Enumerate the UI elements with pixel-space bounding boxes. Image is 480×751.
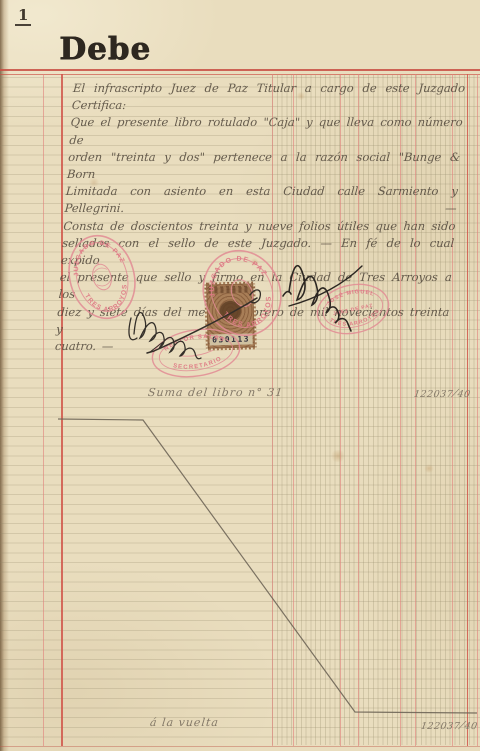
- cancellation-line: [58, 419, 477, 713]
- signature-judge: [283, 266, 362, 331]
- signature-secretary: [129, 290, 260, 359]
- ledger-page: 1 Debe El infrascripto Juez de Paz Titul…: [0, 0, 480, 751]
- ink-overlay: [0, 0, 480, 751]
